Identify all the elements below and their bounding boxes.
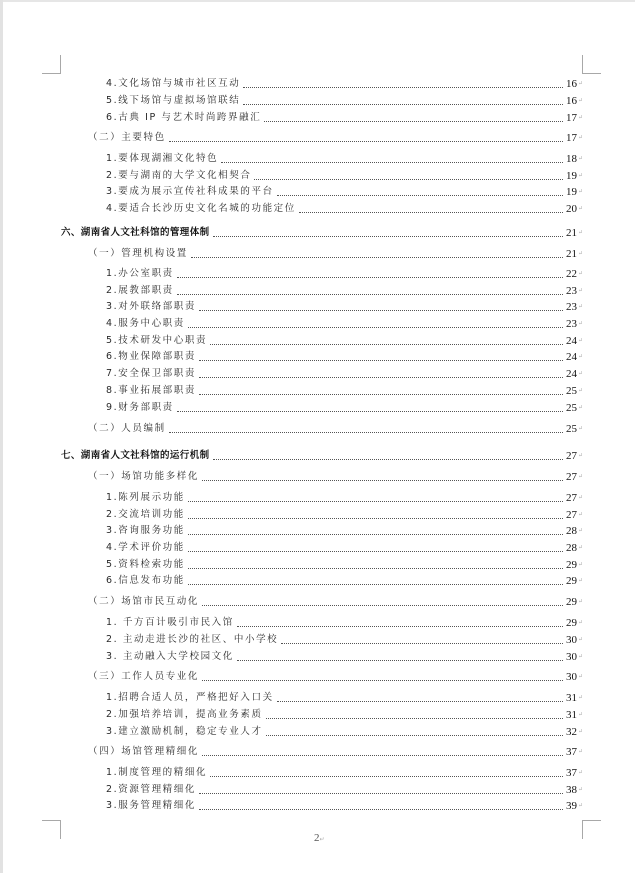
toc-entry-title: （三）工作人员专业化 — [88, 671, 199, 683]
toc-entry-title: 3.要成为展示宣传社科成果的平台 — [106, 186, 274, 198]
paragraph-mark-icon: ↵ — [578, 318, 582, 330]
paragraph-mark-icon: ↵ — [578, 634, 582, 646]
paragraph-mark-icon: ↵ — [578, 709, 582, 721]
toc-entry-level-2[interactable]: （二）场馆市民互动化 29 ↵ — [88, 594, 582, 608]
toc-entry-title: 2.要与湖南的大学文化相契合 — [106, 170, 251, 182]
toc-entry-page: 27 — [565, 492, 577, 504]
toc-entry-page: 29 — [565, 575, 577, 587]
paragraph-mark-icon: ↵ — [578, 95, 582, 107]
paragraph-mark-icon: ↵ — [578, 651, 582, 663]
toc-entry-page: 37 — [565, 746, 577, 758]
paragraph-mark-icon: ↵ — [578, 186, 582, 198]
toc-dot-leader — [169, 431, 563, 433]
margin-corner-top-right — [582, 55, 601, 74]
toc-entry-page: 29 — [565, 596, 577, 608]
toc-entry-level-2[interactable]: （一）场馆功能多样化 27 ↵ — [88, 469, 582, 483]
toc-entry-level-3[interactable]: 5.资料检索功能 29 ↵ — [106, 557, 582, 571]
paragraph-mark-icon: ↵ — [578, 301, 582, 313]
toc-entry-page: 28 — [565, 542, 577, 554]
toc-entry-title: 1.招聘合适人员，严格把好入口关 — [106, 692, 274, 704]
toc-entry-page: 19 — [565, 186, 577, 198]
toc-entry-level-3[interactable]: 2.资源管理精细化 38 ↵ — [106, 782, 582, 796]
toc-dot-leader — [210, 343, 563, 345]
toc-entry-page: 27 — [565, 471, 577, 483]
toc-entry-title: （四）场馆管理精细化 — [88, 746, 199, 758]
toc-entry-title: 3.建立激励机制，稳定专业人才 — [106, 726, 263, 738]
paragraph-mark-icon: ↵ — [578, 78, 582, 90]
toc-dot-leader — [199, 808, 563, 810]
toc-entry-page: 30 — [565, 651, 577, 663]
toc-entry-page: 20 — [565, 203, 577, 215]
toc-dot-leader — [188, 583, 563, 585]
toc-dot-leader — [299, 211, 563, 213]
toc-dot-leader — [177, 410, 563, 412]
toc-dot-leader — [199, 393, 563, 395]
toc-entry-level-1[interactable]: 六、湖南省人文社科馆的管理体制 21 ↵ — [61, 225, 582, 239]
toc-dot-leader — [202, 604, 563, 606]
toc-entry-level-3[interactable]: 8.事业拓展部职责 25 ↵ — [106, 383, 582, 397]
toc-entry-level-2[interactable]: （三）工作人员专业化 30 ↵ — [88, 669, 582, 683]
margin-corner-top-left — [42, 55, 61, 74]
toc-entry-title: 2.展教部职责 — [106, 285, 174, 297]
toc-entry-title: 9.财务部职责 — [106, 402, 174, 414]
paragraph-mark-icon: ↵ — [578, 692, 582, 704]
paragraph-mark-icon: ↵ — [578, 402, 582, 414]
toc-entry-level-3[interactable]: 2.交流培训功能 27 ↵ — [106, 507, 582, 521]
paragraph-mark-icon: ↵ — [578, 132, 582, 144]
paragraph-mark-icon: ↵ — [578, 800, 582, 812]
toc-entry-title: 4.要适合长沙历史文化名城的功能定位 — [106, 203, 296, 215]
toc-entry-level-3[interactable]: 4.要适合长沙历史文化名城的功能定位 20 ↵ — [106, 201, 582, 215]
toc-entry-title: 6.信息发布功能 — [106, 575, 185, 587]
paragraph-mark-icon: ↵ — [578, 559, 582, 571]
paragraph-mark-icon: ↵ — [578, 509, 582, 521]
toc-entry-level-2[interactable]: （二）人员编制 25 ↵ — [88, 421, 582, 435]
toc-entry-title: 5.线下场馆与虚拟场馆联结 — [106, 95, 240, 107]
margin-corner-bottom-right — [582, 820, 601, 839]
toc-entry-title: 6.物业保障部职责 — [106, 351, 196, 363]
footer-page-number: 2↵ — [314, 832, 325, 844]
toc-entry-level-3[interactable]: 9.财务部职责 25 ↵ — [106, 400, 582, 414]
toc-dot-leader — [188, 517, 563, 519]
toc-dot-leader — [188, 533, 563, 535]
toc-entry-level-3[interactable]: 6.物业保障部职责 24 ↵ — [106, 349, 582, 363]
toc-dot-leader — [188, 326, 563, 328]
toc-entry-level-3[interactable]: 1.要体现湖湘文化特色 18 ↵ — [106, 151, 582, 165]
toc-entry-title: 3. 主动融入大学校园文化 — [106, 651, 234, 663]
toc-entry-page: 32 — [565, 726, 577, 738]
toc-entry-level-3[interactable]: 1.办公室职责 22 ↵ — [106, 266, 582, 280]
toc-dot-leader — [264, 120, 563, 122]
toc-entry-page: 25 — [565, 423, 577, 435]
toc-entry-page: 29 — [565, 559, 577, 571]
toc-entry-title: 4.文化场馆与城市社区互动 — [106, 78, 240, 90]
paragraph-mark-icon: ↵ — [578, 784, 582, 796]
toc-entry-level-3[interactable]: 7.安全保卫部职责 24 ↵ — [106, 366, 582, 380]
toc-dot-leader — [266, 734, 563, 736]
toc-entry-page: 18 — [565, 153, 577, 165]
toc-entry-title: 2.交流培训功能 — [106, 509, 185, 521]
toc-entry-level-3[interactable]: 6.古典 IP 与艺术时尚跨界融汇 17 ↵ — [106, 110, 582, 124]
margin-corner-bottom-left — [42, 820, 61, 839]
paragraph-mark-icon: ↵ — [578, 170, 582, 182]
toc-dot-leader — [266, 717, 563, 719]
toc-entry-page: 38 — [565, 784, 577, 796]
toc-entry-page: 16 — [565, 78, 577, 90]
toc-dot-leader — [202, 679, 563, 681]
toc-dot-leader — [188, 500, 563, 502]
paragraph-mark-icon: ↵ — [578, 351, 582, 363]
toc-dot-leader — [202, 754, 563, 756]
toc-entry-level-3[interactable]: 1.制度管理的精细化 37 ↵ — [106, 765, 582, 779]
toc-dot-leader — [254, 178, 563, 180]
toc-entry-page: 22 — [565, 268, 577, 280]
toc-entry-page: 31 — [565, 692, 577, 704]
toc-dot-leader — [199, 376, 563, 378]
toc-entry-title: 2.加强培养培训，提高业务素质 — [106, 709, 263, 721]
paragraph-mark-icon: ↵ — [578, 671, 582, 683]
toc-dot-leader — [243, 103, 563, 105]
toc-entry-page: 24 — [565, 368, 577, 380]
toc-dot-leader — [199, 309, 563, 311]
toc-entry-page: 27 — [565, 450, 577, 462]
toc-entry-title: 4.学术评价功能 — [106, 542, 185, 554]
toc-dot-leader — [281, 642, 563, 644]
toc-entry-page: 16 — [565, 95, 577, 107]
toc-entry-level-3[interactable]: 1.陈列展示功能 27 ↵ — [106, 490, 582, 504]
toc-entry-level-3[interactable]: 1. 千方百计吸引市民入馆 29 ↵ — [106, 615, 582, 629]
paragraph-mark-icon: ↵ — [578, 335, 582, 347]
toc-entry-level-3[interactable]: 4.服务中心职责 23 ↵ — [106, 316, 582, 330]
paragraph-mark-icon: ↵ — [578, 542, 582, 554]
toc-dot-leader — [202, 479, 563, 481]
toc-dot-leader — [213, 235, 563, 237]
toc-entry-title: 1.陈列展示功能 — [106, 492, 185, 504]
toc-dot-leader — [199, 792, 563, 794]
toc-entry-title: 2.资源管理精细化 — [106, 784, 196, 796]
toc-entry-title: 1.办公室职责 — [106, 268, 174, 280]
paragraph-mark-icon: ↵ — [578, 746, 582, 758]
toc-entry-level-3[interactable]: 3.建立激励机制，稳定专业人才 32 ↵ — [106, 724, 582, 738]
toc-entry-page: 17 — [565, 112, 577, 124]
toc-entry-level-3[interactable]: 3. 主动融入大学校园文化 30 ↵ — [106, 649, 582, 663]
toc-dot-leader — [243, 86, 563, 88]
toc-entry-level-3[interactable]: 3.要成为展示宣传社科成果的平台 19 ↵ — [106, 184, 582, 198]
toc-entry-level-3[interactable]: 4.学术评价功能 28 ↵ — [106, 540, 582, 554]
toc-entry-level-3[interactable]: 3.咨询服务功能 28 ↵ — [106, 523, 582, 537]
toc-entry-page: 21 — [565, 248, 577, 260]
toc-entry-title: 4.服务中心职责 — [106, 318, 185, 330]
toc-dot-leader — [188, 567, 563, 569]
paragraph-mark-icon: ↵ — [578, 112, 582, 124]
toc-entry-level-1[interactable]: 七、湖南省人文社科馆的运行机制 27 ↵ — [61, 448, 582, 462]
paragraph-mark-icon: ↵ — [578, 248, 582, 260]
toc-entry-page: 23 — [565, 301, 577, 313]
toc-entry-page: 29 — [565, 617, 577, 629]
toc-entry-title: 3.对外联络部职责 — [106, 301, 196, 313]
window-left-edge — [0, 0, 3, 873]
toc-entry-title: 1. 千方百计吸引市民入馆 — [106, 617, 234, 629]
toc-entry-page: 24 — [565, 351, 577, 363]
toc-entry-title: （一）场馆功能多样化 — [88, 471, 199, 483]
toc-entry-page: 25 — [565, 402, 577, 414]
toc-entry-title: 1.要体现湖湘文化特色 — [106, 153, 218, 165]
paragraph-mark-icon: ↵ — [578, 153, 582, 165]
paragraph-mark-icon: ↵ — [578, 385, 582, 397]
paragraph-mark-icon: ↵ — [578, 596, 582, 608]
toc-entry-page: 37 — [565, 767, 577, 779]
toc-dot-leader — [210, 775, 563, 777]
paragraph-mark-icon: ↵ — [578, 726, 582, 738]
paragraph-mark-icon: ↵ — [578, 450, 582, 462]
toc-entry-title: 8.事业拓展部职责 — [106, 385, 196, 397]
toc-entry-level-2[interactable]: （二）主要特色 17 ↵ — [88, 130, 582, 144]
window-top-edge — [0, 0, 635, 2]
toc-entry-title: 7.安全保卫部职责 — [106, 368, 196, 380]
toc-entry-level-3[interactable]: 4.文化场馆与城市社区互动 16 ↵ — [106, 76, 582, 90]
toc-entry-level-2[interactable]: （一）管理机构设置 21 ↵ — [88, 246, 582, 260]
toc-dot-leader — [237, 625, 563, 627]
toc-entry-page: 23 — [565, 318, 577, 330]
toc-entry-title: 七、湖南省人文社科馆的运行机制 — [61, 450, 210, 462]
paragraph-mark-icon: ↵ — [578, 203, 582, 215]
paragraph-mark-icon: ↵ — [320, 837, 325, 843]
toc-entry-page: 25 — [565, 385, 577, 397]
toc-entry-title: 3.咨询服务功能 — [106, 525, 185, 537]
toc-entry-level-3[interactable]: 2.加强培养培训，提高业务素质 31 ↵ — [106, 707, 582, 721]
toc-entry-title: 2. 主动走进长沙的社区、中小学校 — [106, 634, 278, 646]
toc-dot-leader — [199, 359, 563, 361]
paragraph-mark-icon: ↵ — [578, 575, 582, 587]
toc-entry-page: 30 — [565, 634, 577, 646]
toc-entry-level-3[interactable]: 2.展教部职责 23 ↵ — [106, 283, 582, 297]
toc-dot-leader — [237, 659, 563, 661]
paragraph-mark-icon: ↵ — [578, 423, 582, 435]
toc-dot-leader — [169, 140, 563, 142]
toc-entry-page: 28 — [565, 525, 577, 537]
toc-entry-title: 5.资料检索功能 — [106, 559, 185, 571]
toc-entry-level-3[interactable]: 6.信息发布功能 29 ↵ — [106, 573, 582, 587]
paragraph-mark-icon: ↵ — [578, 368, 582, 380]
toc-entry-level-3[interactable]: 1.招聘合适人员，严格把好入口关 31 ↵ — [106, 690, 582, 704]
paragraph-mark-icon: ↵ — [578, 285, 582, 297]
toc-entry-title: 六、湖南省人文社科馆的管理体制 — [61, 227, 210, 239]
toc-entry-page: 30 — [565, 671, 577, 683]
toc-entry-level-3[interactable]: 3.服务管理精细化 39 ↵ — [106, 798, 582, 812]
toc-dot-leader — [213, 458, 563, 460]
toc-entry-page: 27 — [565, 509, 577, 521]
paragraph-mark-icon: ↵ — [578, 767, 582, 779]
toc-entry-title: 3.服务管理精细化 — [106, 800, 196, 812]
toc-entry-level-3[interactable]: 2.要与湖南的大学文化相契合 19 ↵ — [106, 168, 582, 182]
toc-dot-leader — [191, 256, 563, 258]
toc-entry-title: （一）管理机构设置 — [88, 248, 188, 260]
toc-entry-title: 1.制度管理的精细化 — [106, 767, 207, 779]
toc-entry-title: （二）主要特色 — [88, 132, 166, 144]
paragraph-mark-icon: ↵ — [578, 617, 582, 629]
toc-entry-title: 5.技术研发中心职责 — [106, 335, 207, 347]
toc-entry-page: 23 — [565, 285, 577, 297]
toc-entry-page: 31 — [565, 709, 577, 721]
toc-entry-page: 39 — [565, 800, 577, 812]
toc-dot-leader — [277, 194, 563, 196]
toc-entry-title: （二）人员编制 — [88, 423, 166, 435]
paragraph-mark-icon: ↵ — [578, 471, 582, 483]
paragraph-mark-icon: ↵ — [578, 227, 582, 239]
toc-entry-level-3[interactable]: 2. 主动走进长沙的社区、中小学校 30 ↵ — [106, 632, 582, 646]
paragraph-mark-icon: ↵ — [578, 268, 582, 280]
toc-dot-leader — [277, 700, 563, 702]
toc-dot-leader — [177, 293, 563, 295]
toc-entry-title: （二）场馆市民互动化 — [88, 596, 199, 608]
toc-entry-level-3[interactable]: 5.技术研发中心职责 24 ↵ — [106, 333, 582, 347]
toc-dot-leader — [188, 550, 563, 552]
paragraph-mark-icon: ↵ — [578, 492, 582, 504]
toc-entry-page: 17 — [565, 132, 577, 144]
paragraph-mark-icon: ↵ — [578, 525, 582, 537]
toc-entry-page: 24 — [565, 335, 577, 347]
toc-entry-page: 21 — [565, 227, 577, 239]
toc-dot-leader — [221, 161, 563, 163]
toc-entry-page: 19 — [565, 170, 577, 182]
toc-dot-leader — [177, 276, 563, 278]
toc-entry-level-2[interactable]: （四）场馆管理精细化 37 ↵ — [88, 744, 582, 758]
toc-entry-title: 6.古典 IP 与艺术时尚跨界融汇 — [106, 112, 261, 124]
toc-entry-level-3[interactable]: 5.线下场馆与虚拟场馆联结 16 ↵ — [106, 93, 582, 107]
toc-entry-level-3[interactable]: 3.对外联络部职责 23 ↵ — [106, 299, 582, 313]
